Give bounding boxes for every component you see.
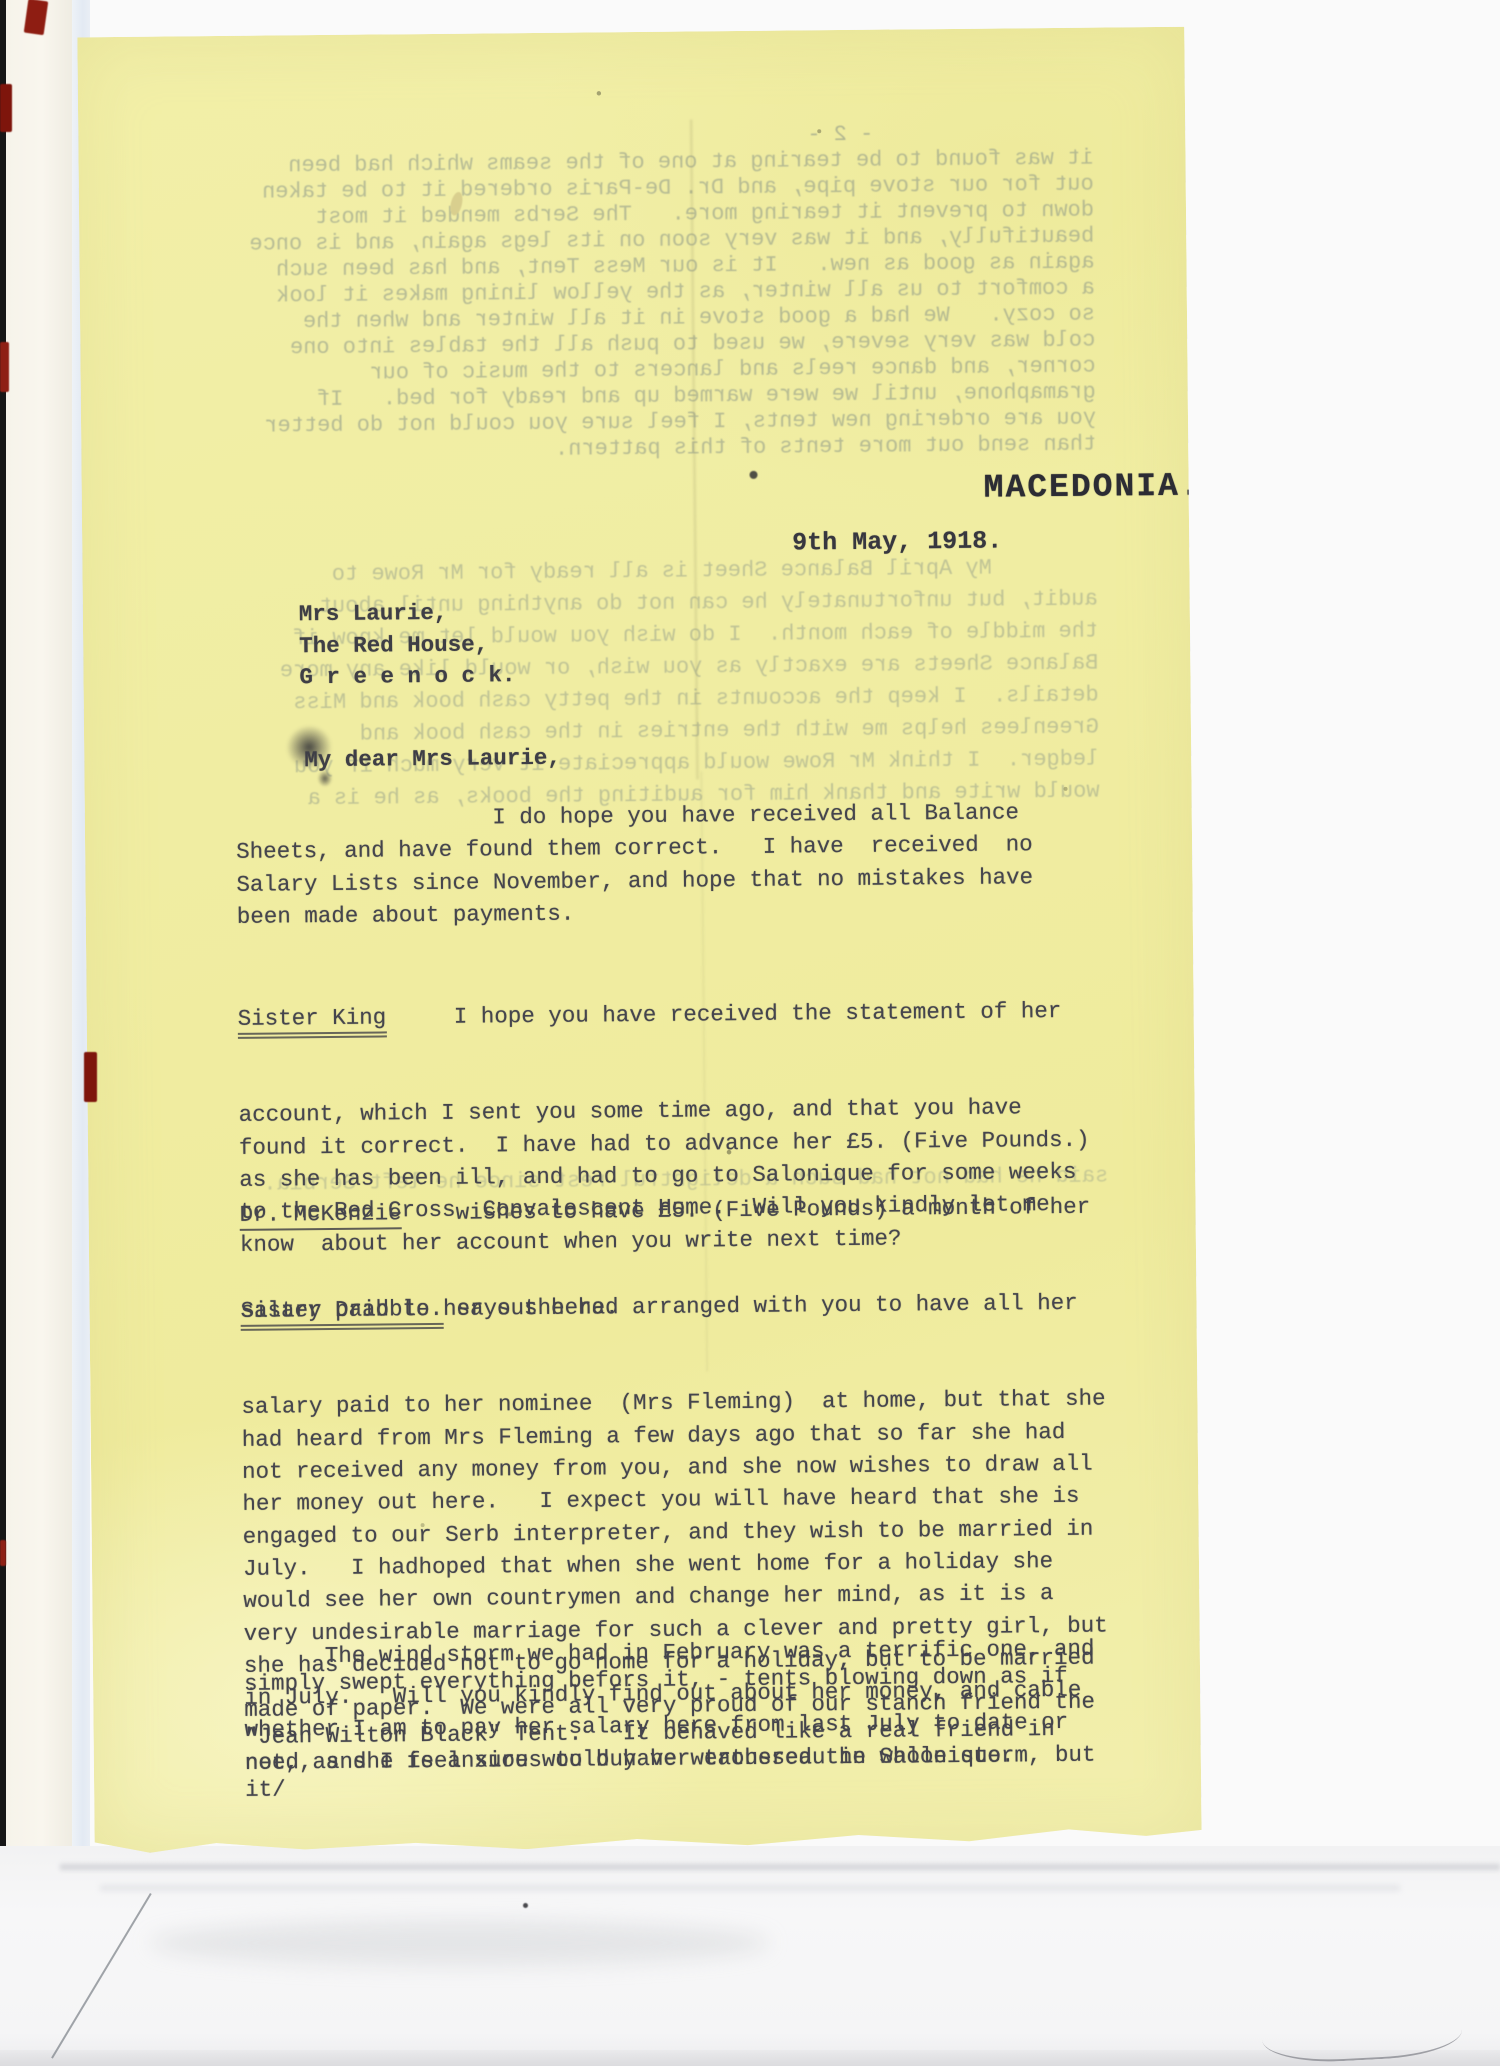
red-edge-mark (84, 1052, 97, 1102)
bleedthrough-mid-block: My April Balance Sheet is all ready for … (132, 552, 1099, 817)
letter-date: 9th May, 1918. (792, 527, 1002, 559)
scanned-letter-page: - 2 - it was found to be tearing at one … (0, 0, 1500, 2066)
backing-scuff (150, 1920, 770, 1966)
paper-speckles (77, 37, 79, 39)
bleedthrough-top-block: it was found to be tearing at one of the… (128, 146, 1096, 467)
sister-drabble-first-line: Sister Drabble. says she had arranged wi… (240, 1286, 1104, 1327)
sister-king-first-line-rest: I hope you have received the statement o… (386, 998, 1061, 1030)
sister-drabble-heading: Sister Drabble. (240, 1295, 443, 1330)
recipient-address: Mrs Laurie, The Red House, G r e e n o c… (299, 597, 516, 694)
closing-paragraph: The wind storm we had in February was a … (244, 1636, 1096, 1803)
scan-left-black-edge (0, 0, 6, 1988)
ink-blot (750, 471, 758, 479)
salutation: My dear Mrs Laurie, (304, 743, 561, 777)
sister-king-heading: Sister King (238, 1004, 387, 1038)
backing-wrinkle (100, 1884, 1400, 1892)
scan-left-cream-strip (6, 0, 72, 1984)
letter-paper: - 2 - it was found to be tearing at one … (77, 27, 1201, 1854)
red-edge-mark (0, 84, 12, 132)
red-edge-mark (0, 342, 9, 392)
letter-location: MACEDONIA. (984, 469, 1202, 507)
bleedthrough-page-number: - 2 - (807, 122, 873, 148)
dr-mckenzie-heading: Dr. McKenzie (239, 1200, 401, 1231)
opening-paragraph: I do hope you have received all Balance … (236, 796, 1034, 933)
red-edge-mark (0, 1540, 6, 1566)
sister-drabble-first-line-rest: says she had arranged with you to have a… (443, 1289, 1078, 1321)
pencil-dot (523, 1903, 528, 1908)
dr-mckenzie-first-line-rest: wishes to have £5. (Five Pounds) a month… (402, 1193, 1091, 1226)
sister-king-first-line: Sister King I hope you have received the… (238, 994, 1089, 1034)
backing-wrinkle (60, 1862, 1500, 1872)
